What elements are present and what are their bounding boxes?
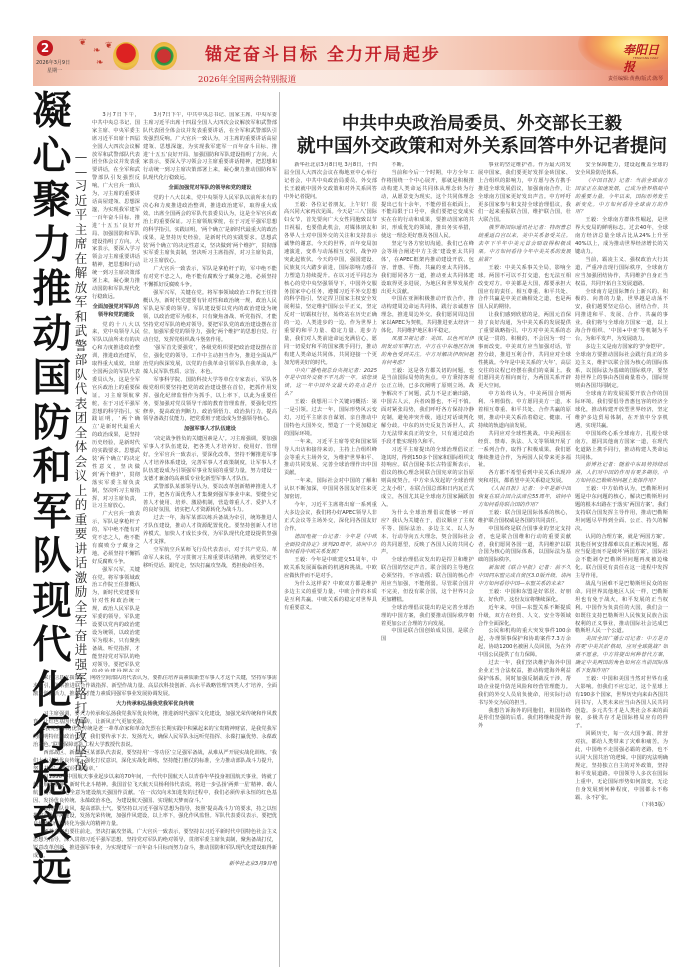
headline-char: 动 — [30, 313, 74, 358]
subheadline-char: 会 — [74, 455, 88, 470]
paragraph: 空军航空兵某师飞行员代表表示，对于共产党员、革命军人来说，学习贯彻习主席重要讲话… — [143, 547, 277, 571]
paragraph: 王毅：今年是中欧建交51周年，中欧关系发展面临新的机遇和挑战。中欧应做伙伴而不是… — [284, 557, 377, 581]
paragraph: 公民和机构的重大突发事件100余起，办理领事保护和协助案件7.3万余起，协助12… — [478, 628, 571, 660]
paragraph: 让我们感到欣慰的是，两国元首保持了良好沟通，为中美关系的发展提供了重要战略指引。… — [478, 312, 571, 391]
headline-char: 推 — [30, 268, 74, 313]
paragraph: 中央广播电视总台央视记者：2025年是中国外交极不平凡的一年。请您谈谈，这一年中… — [284, 368, 377, 400]
paragraph: 硬着头皮也要往前走，坚决打赢攻坚战。广大官兵一致表示，要坚持以习近平新时代中国特… — [33, 829, 277, 861]
paragraph: 一年来，国际社会对中国的了解和认识不断加深，中国同各国友好往来更加密切。 — [284, 478, 377, 502]
paragraph: 当前和今后一个时期，中方全年工作将围绕一个中心展开，那就是积极推动构建人类命运共… — [381, 170, 474, 241]
paragraph: 过去一年，我们坚决维护海外中国企业正当合法权益，推动构建海外利益保护体系，同时加… — [478, 660, 571, 707]
column-divider — [279, 92, 280, 967]
subheadline-char: 话 — [74, 556, 88, 571]
paragraph: 强军兴军，关键在党。将军事领域政治工作院王任排概认为，新时代党建要有针对性和政治… — [92, 567, 140, 672]
paragraph: 近年来，中国—东盟关系不断提质升级，双方在经贸、人文、安全等领域合作全面深化。 — [478, 605, 571, 629]
subheadline-char: 主 — [74, 223, 88, 238]
paragraph: 各方都不希望看到中美关系出现冲突和对抗，都希望中美关系稳定发展。 — [478, 470, 571, 486]
paragraph: 王毅：这是各方都关切的问题，也是当前国际局势的焦点。中方秉持客观公正立场，已多次… — [381, 368, 474, 447]
subheadline-char: 讲 — [74, 542, 88, 557]
subheadline-char: 部 — [74, 353, 88, 368]
subheadline-char: 重 — [74, 513, 88, 528]
paragraph: ‘决定战争胜负的关键因素是人’。习主席强调，要加强军事人才队伍建设，把各类人才培… — [143, 436, 277, 483]
left-article-bottom: 来自信息支援部队、网络空间部队的代表认为，要抓住培养高素质新型军事人才这个关键，… — [33, 675, 277, 965]
paragraph: 全面加强党对军队的领导和党的建设 — [92, 304, 140, 320]
right-article-column-4: 安全保障能力，建设起覆盖全球的安全风险防范体系。《中国日报》记者：当前全球南方国… — [575, 162, 668, 967]
subheadline-char: 军 — [74, 614, 88, 629]
paragraph: 凤凰卫视记者：美国、以色列对伊朗发动军事打击，中方在中东地区扮演的角色受到关注。… — [381, 336, 474, 368]
paragraph: 一年来，习近平主席等党和国家领导人出访和接待来访，主持上合组织峰会等重大主场外交… — [284, 439, 377, 479]
paragraph: 中方始终认为，中美两国合则两利、斗则俱伤。中方愿同美方一道，本着相互尊重、和平共… — [478, 391, 571, 431]
paragraph: 弘扬军队作风，提高部队士气。要坚持以习近平强军思想为指导，按照‘提高战斗力’的要… — [33, 806, 277, 830]
paragraph: 全球治理倡议发出的是捍卫和维护联合国的坚定声音。联合国的主导地位必须坚持，不容动… — [381, 557, 474, 604]
paragraph: 广大官兵一致表示，军队是拿枪杆子的，军中绝不能有对党不忠之人，绝不能有腐败分子藏… — [143, 266, 277, 290]
headline-char: 队 — [30, 535, 74, 580]
paragraph: 多边主义是南方国家的‘护身铠甲’。全球南方要推动国际社会践行真正的多边主义，维护… — [575, 344, 668, 391]
paragraph: 不断。 — [381, 162, 474, 170]
paragraph: 坚定与各方密切沟通，我们已在峰会等场合阐述中方主张‘建设亚太共同体’，在APEC… — [381, 241, 474, 296]
subheadline-char: — — [74, 150, 88, 165]
paragraph: 全球南方是国际舞台上新兴的、积极的、向善的力量，世界越是动荡不安，我们越要坚定信… — [575, 289, 668, 344]
left-article-column-1: 3月7日下午，中共中央总书记、国家主席、中央军委主席习近平出席十四届全国人大四次… — [92, 112, 140, 672]
headline-char: 力 — [30, 224, 74, 269]
subheadline-char: 表 — [74, 397, 88, 412]
subheadline-char: 进 — [74, 643, 88, 658]
issue-weekday: 星期一 — [47, 67, 62, 74]
paragraph: 当前，霸凌主义、强权政治大行其道，严重冲击现行国际秩序，全球南方应当加强团结协作… — [575, 257, 668, 289]
paragraph: 全面加强党对军队的领导和党的建设 — [143, 185, 277, 193]
paragraph: 习主席强调，要大力传承和弘扬我党我军优良传统，推进新时代强军文化建设，加强光荣传… — [33, 711, 277, 727]
paragraph: 全球治理倡议提出的是完善全球治理的中国方案，我们要推动国际秩序朝着更加公正合理的… — [381, 605, 474, 629]
subheadline-char: 在 — [74, 252, 88, 267]
subheadline-char: 的 — [74, 498, 88, 513]
issue-date: 2026年3月9日 — [36, 59, 70, 66]
paragraph: 全球南方的发展需要开放合作的国际环境。我们要倡导普惠包容的经济全球化，推动构建开… — [575, 391, 668, 431]
paragraph: 共同应对全球性挑战。中美两国在经贸、禁毒、执法、人文等领域开展了一系列合作，取得… — [478, 431, 571, 471]
paragraph: 过去一年，海军某部以练兵备战为牵引，统筹推进人才队伍建设，推动人才资源配置优化。… — [143, 515, 277, 547]
subheadline-char: 体 — [74, 440, 88, 455]
subheadline-char: 和 — [74, 310, 88, 325]
headline-char: 现 — [30, 580, 74, 625]
dove-icon: ❧ — [96, 58, 104, 68]
subheadline-char: 团 — [74, 411, 88, 426]
paragraph: 为什么这样说？中欧双方都是维护多边主义的重要力量，中欧合作的本质是互利共赢。中欧… — [284, 581, 377, 613]
dove-icon: ❧ — [93, 46, 101, 56]
dove-icon: ❦ — [105, 41, 113, 51]
right-article-column-3: 事业的坚定维护者。作为最大的发展中国家，我们要更好发挥金砖国家、上合组织的影响力… — [478, 162, 571, 967]
paragraph: 德国电视一台记者：今年是《中欧全面投资协定》谈判20周年，请问中方如何看待中欧关… — [284, 534, 377, 558]
paragraph: 加强军事人才队伍建设 — [143, 426, 277, 434]
paragraph: 习近平主席提出的全球治理倡议正逢其时，得到150多个国家和国际组织支持响应。联合… — [381, 447, 474, 510]
subheadline-char: — — [74, 165, 88, 180]
paragraph: 军事科学院、国防科技大学等单位专家表示，军队各级党组织要坚持把党的政治建设摆在首… — [143, 377, 277, 424]
newspaper-logo-en: FENGYANG DAILY — [633, 56, 659, 60]
editor-credit: 责任编辑:黄燕/版式:陈琴 — [608, 75, 663, 82]
right-article-column-2: 不断。当前和今后一个时期，中方全年工作将围绕一个中心展开，那就是积极推动构建人类… — [381, 162, 474, 967]
paragraph: 我想告诉海外的同胞们，祖国始终是你们坚强的后盾。我们将继续提升海外 — [478, 708, 571, 732]
page-number-badge: 2 — [37, 40, 53, 56]
paragraph: 《人民日报》记者：今年是新中国恢复在联合国合法席位55周年，请问中方如何看待联合… — [478, 486, 571, 510]
paragraph: 战乱与困难不是巴勒斯坦民众的宿命。同世界其他地区人民一样，巴勒斯坦也有免于战火，… — [575, 581, 668, 636]
paragraph: 自1956年中国航天事业起步以来的70年间，一代代中国航天人以青春年华投身祖国航… — [33, 774, 277, 806]
main-headline-line2: 就中国外交政策和对外关系回答中外记者提问 — [284, 135, 680, 158]
paragraph: 认同的合理方案，就是‘两国方案’。其他任何安排都难以真正解决问题，都应当促进而不… — [575, 534, 668, 581]
paragraph: ‘强军首先要强党’，各级党组织要把政治建设摆在首位，强化党的领导。工作中主动担当… — [143, 345, 277, 377]
paragraph: 新加坡《联合早报》记者：前不久中国同东盟完成自贸区3.0版升级。请问中方如何看待… — [478, 565, 571, 589]
paragraph: 3月7日下午，中共中央总书记、国家主席、中央军委主席习近平出席十四届全国人大四次… — [92, 112, 140, 302]
dove-icon: ❦ — [79, 38, 87, 48]
subheadline-char: 近 — [74, 194, 88, 209]
paragraph: 强军兴军，关键在党。将军事领域政治工作院王任排概认为，新时代党建要有针对性和政治… — [143, 290, 277, 345]
subheadline-char: 全 — [74, 600, 88, 615]
headline-char: 心 — [30, 135, 74, 180]
national-emblem-icon — [113, 42, 139, 70]
paragraph: 3月7日下午，中共中央总书记、国家主席、中央军委主席习近平出席十四届全国人大四次… — [143, 112, 277, 183]
paragraph: 王毅：中方始终认为，巴勒斯坦问题是中东问题的核心，解决巴勒斯坦问题的根本出路在于… — [575, 486, 668, 533]
subheadline-char: 平 — [74, 208, 88, 223]
paragraph: 王毅：中国和美国当然对世界有重大影响。但我们不应忘记，这个星球上有190多个国家… — [575, 676, 668, 731]
subheadline-char: 要 — [74, 527, 88, 542]
paragraph: 新华社北京3月8日电 3月8日，十四届全国人大四次会议在梅地亚中心举行记者会，中… — [284, 162, 377, 202]
paragraph: 王毅：中国和东盟是好邻居、好朋友、好伙伴。这份友谊将继续深化。 — [478, 589, 571, 605]
subheadline-char: 警 — [74, 339, 88, 354]
paragraph: 事业的坚定维护者。作为最大的发展中国家，我们要更好发挥金砖国家、上合组织的影响力… — [478, 162, 571, 225]
headline-char: 聚 — [30, 179, 74, 224]
subheadline-char: 议 — [74, 469, 88, 484]
subheadline-char: 励 — [74, 585, 88, 600]
special-report-label: 2026年全国两会特别报道 — [198, 73, 296, 85]
dateline: 新华社北京3月9日电 — [33, 861, 277, 869]
subheadline-char: 上 — [74, 484, 88, 499]
right-article-column-1: 新华社北京3月8日电 3月8日，十四届全国人大四次会议在梅地亚中心举行记者会，中… — [284, 162, 377, 967]
paragraph: 西部战区、新疆军区某部队代表说，要坚持用‘一等功臣’立足强军备战，从难从严开展实… — [33, 750, 277, 774]
subheadline-char: 强 — [74, 658, 88, 673]
banner-lower-strip — [33, 70, 668, 86]
paragraph: 广大官兵一致表示，军队是拿枪杆子的，军中绝不能有对党不忠之人，绝不能有腐败分子藏… — [92, 511, 140, 566]
headline-char: 和 — [30, 446, 74, 491]
paragraph: 中国是联合国创始成员国，是联合国 — [381, 628, 474, 644]
main-headline-line1: 中共中央政治局委员、外交部长王毅 — [284, 113, 680, 135]
subheadline-char: 激 — [74, 571, 88, 586]
subheadline-char: 代 — [74, 382, 88, 397]
paragraph: 《中国日报》记者：当前全球南方国家正在加速发展，已成为世界格局中的重要力量。今年… — [575, 178, 668, 218]
headline-char: 防 — [30, 402, 74, 447]
paragraph: 来自信息支援部队、网络空间部队的代表认为，要抓住培养高素质新型军事人才这个关键，… — [33, 675, 277, 699]
paragraph: 王毅：各位记者朋友，上午好！很高兴同大家再次见面。今天是‘三八’国际妇女节，首先… — [284, 202, 377, 368]
paragraph: 王毅：我想用三个关键词概括：第一是引领。过去一年，国际形势风云变幻，习近平主席亲… — [284, 399, 377, 439]
cppcc-emblem-icon — [151, 42, 177, 70]
paragraph: 中国始终心系全球南方，扎根全球南方，愿同其他南方国家一道，在现代化道路上携手同行… — [575, 431, 668, 463]
left-article-column-2: 3月7日下午，中共中央总书记、国家主席、中央军委主席习近平出席十四届全国人大四次… — [143, 112, 277, 672]
subheadline-char: 习 — [74, 179, 88, 194]
subheadline-char: 放 — [74, 281, 88, 296]
subheadline-char: 队 — [74, 368, 88, 383]
paragraph: 中国始终是联合国事业的坚定支持者，也是联合国维和行动的重要贡献者，我们愿同各国一… — [478, 526, 571, 566]
paragraph: 美国全国广播公司记者：中方是否将更‘中美共治’格局，应对全球挑战？如果不愿意，中… — [575, 636, 668, 676]
paragraph: 大力传承和弘扬我党我军优良传统 — [33, 701, 277, 709]
banner-slogan: 锚定奋斗目标 全力开局起步 — [205, 40, 441, 65]
subheadline-char: 席 — [74, 237, 88, 252]
main-headline: 中共中央政治局委员、外交部长王毅 就中国外交政策和对外关系回答中外记者提问 — [284, 113, 680, 158]
paragraph: 彭博社记者：随着中东局势持续动荡，人们对中国的作用有更多期待。中方如何在巴勒斯坦… — [575, 462, 668, 486]
subheadline-char: 奋 — [74, 629, 88, 644]
header-banner: 2 2026年3月9日 星期一 ❦ ❧ ❦ ❧ 锚定奋斗目标 全力开局起步 20… — [33, 36, 668, 86]
paragraph: 中国在亚洲积极推动开放合作，推动构建周边命运共同体，践行亲诚惠容理念，推进周边外… — [381, 296, 474, 336]
paragraph: 王毅：中美关系事关全局，影响全球。两国不可以不打交道，也无法互相改变对方。中美都… — [478, 265, 571, 312]
subheadline-char: 解 — [74, 266, 88, 281]
continued-on-page-note: （下转3版） — [575, 802, 668, 810]
paragraph: 武警部队某部领导认为，要以改革创新精神推进人才工作，把各方面优秀人才集聚到强军事… — [143, 484, 277, 516]
paragraph: ‘我党我军的优良传统是老一辈革命家和革命先烈在长期实践中积累起来的宝贵精神财富，… — [33, 726, 277, 750]
paragraph: 为什么全球治理倡议能够一呼百应？我认为关键在于，倡议顺应了主权平等、国际法治、多… — [381, 510, 474, 557]
paragraph: 王毅：全球南方群体性崛起，是世界大变局的鲜明标志。过去40年，全球南方经济总量全… — [575, 217, 668, 257]
subheadline-char: 全 — [74, 426, 88, 441]
paragraph: 俄罗斯国际通讯社记者：特朗普总统重返白宫以来，美中关系备受关注。去年下半年中美元… — [478, 225, 571, 265]
subheadline-char: 军 — [74, 295, 88, 310]
paragraph: 安全保障能力，建设起覆盖全球的安全风险防范体系。 — [575, 162, 668, 178]
headline-char: 代 — [30, 624, 74, 669]
paragraph: 党的十八大以来，党中央领导人民军队以前所未有的决心和力度推进政治整训，推进政治建… — [143, 195, 277, 266]
paragraph: 今年，习近平主席将出席一系列重大多边会议，我们将办好APEC领导人非正式会议等主… — [284, 502, 377, 534]
paragraph: 回顾历史，每一次大国争霸、阵营对抗，都给人类带来了灾难和痛苦。为此，中国绝不走国… — [575, 731, 668, 802]
headline-char: 凝 — [30, 90, 74, 135]
subheadline-char: 武 — [74, 324, 88, 339]
paragraph: 党的十八大以来，党中央领导人民军队以前所未有的决心和力度推进政治整训，推进政治建… — [92, 322, 140, 512]
paragraph: 王毅：联合国是国际体系的核心，维护联合国权威是各国的共同责任。 — [478, 510, 571, 526]
headline-char: 军 — [30, 491, 74, 536]
headline-char: 国 — [30, 357, 74, 402]
